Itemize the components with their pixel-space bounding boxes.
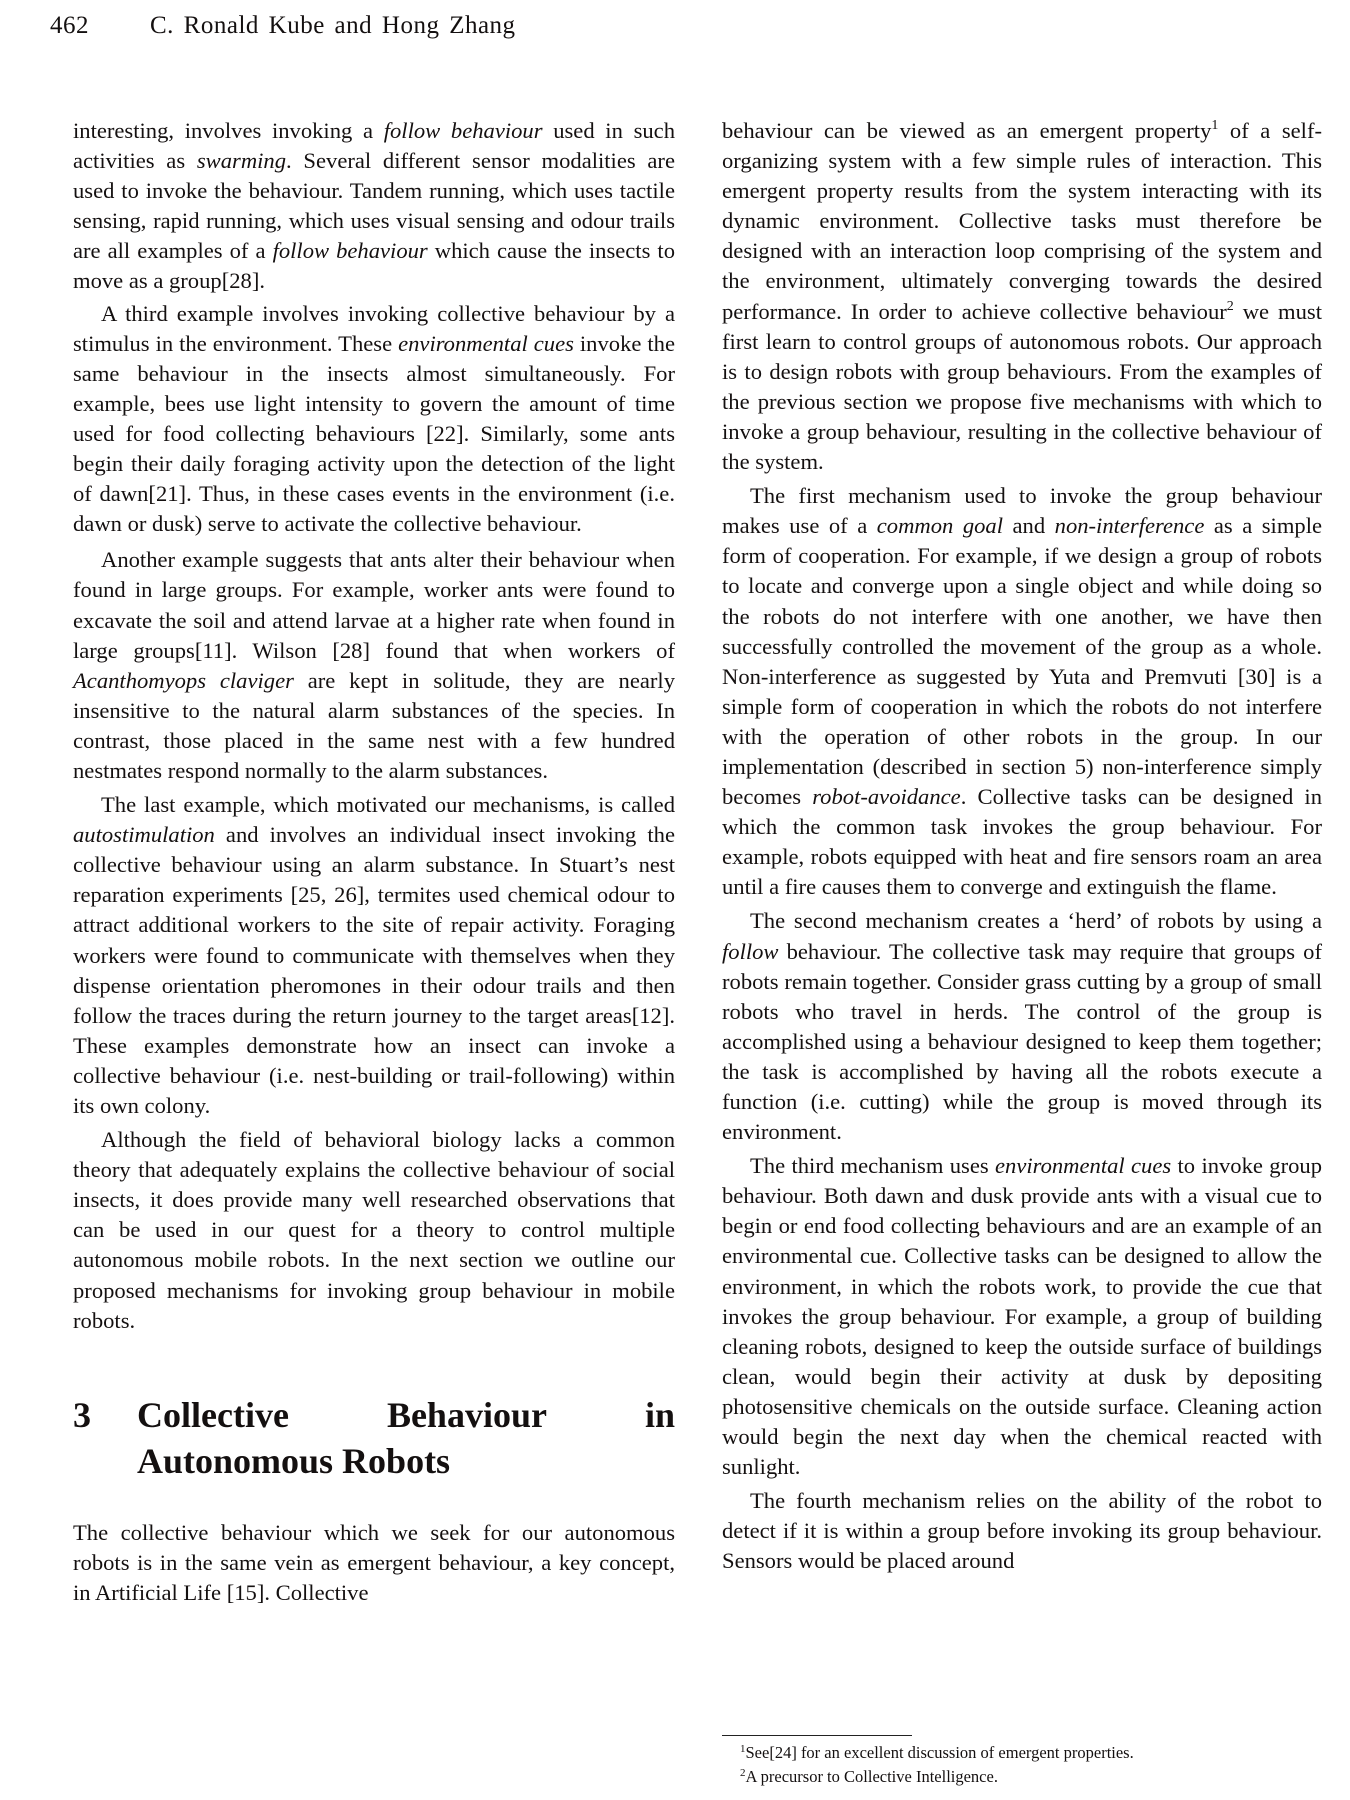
running-head: 462C. Ronald Kube and Hong Zhang xyxy=(50,12,516,40)
section-title-word: Behaviour xyxy=(387,1392,547,1438)
emphasis: follow behaviour xyxy=(384,118,543,143)
emphasis: autostimulation xyxy=(73,822,215,847)
emphasis: non-interference xyxy=(1055,513,1205,538)
paragraph: Although the field of behavioral biology… xyxy=(73,1125,675,1336)
text: The third mechanism uses xyxy=(750,1153,995,1178)
emphasis: follow behaviour xyxy=(273,238,428,263)
footnote: 1See[24] for an excellent discussion of … xyxy=(740,1741,1134,1765)
text: The last example, which motivated our me… xyxy=(101,792,675,817)
paragraph: Another example suggests that ants alter… xyxy=(73,545,675,786)
paragraph: The third mechanism uses environmental c… xyxy=(722,1151,1322,1482)
text: invoke the same behaviour in the insects… xyxy=(73,331,675,537)
text: The collective behaviour which we seek f… xyxy=(73,1520,675,1605)
running-head-authors: C. Ronald Kube and Hong Zhang xyxy=(150,12,516,39)
section-heading: 3 CollectiveBehaviourin Autonomous Robot… xyxy=(73,1392,675,1484)
emphasis: swarming xyxy=(197,148,286,173)
text: The second mechanism creates a ‘herd’ of… xyxy=(750,908,1322,933)
section-title: CollectiveBehaviourin Autonomous Robots xyxy=(137,1392,675,1484)
text: behaviour. The collective task may requi… xyxy=(722,939,1322,1145)
emphasis: environmental cues xyxy=(398,331,574,356)
text: The fourth mechanism relies on the abili… xyxy=(722,1488,1322,1573)
right-column: behaviour can be viewed as an emergent p… xyxy=(722,116,1322,1579)
emphasis: environmental cues xyxy=(995,1153,1171,1178)
paragraph: behaviour can be viewed as an emergent p… xyxy=(722,116,1322,477)
text: behaviour can be viewed as an emergent p… xyxy=(722,118,1211,143)
footnote-text: See[24] for an excellent discussion of e… xyxy=(746,1743,1134,1762)
text: we must first learn to control groups of… xyxy=(722,299,1322,474)
paragraph: The last example, which motivated our me… xyxy=(73,790,675,1121)
footnotes: 1See[24] for an excellent discussion of … xyxy=(740,1741,1134,1789)
footnote-marker[interactable]: 2 xyxy=(1227,299,1234,314)
page-number: 462 xyxy=(50,12,150,40)
emphasis: robot-avoidance xyxy=(812,784,961,809)
left-column: interesting, involves invoking a follow … xyxy=(73,116,675,1610)
text: and xyxy=(1003,513,1055,538)
text: to invoke group behaviour. Both dawn and… xyxy=(722,1153,1322,1479)
section-title-word: in xyxy=(645,1392,675,1438)
footnote-text: A precursor to Collective Intelligence. xyxy=(746,1767,998,1786)
section-number: 3 xyxy=(73,1392,137,1484)
footnote: 2A precursor to Collective Intelligence. xyxy=(740,1765,1134,1789)
paragraph: The second mechanism creates a ‘herd’ of… xyxy=(722,906,1322,1147)
paragraph: The fourth mechanism relies on the abili… xyxy=(722,1486,1322,1576)
text: and involves an individual insect invoki… xyxy=(73,822,675,1118)
section-title-line2: Autonomous Robots xyxy=(137,1438,675,1484)
paragraph: The collective behaviour which we seek f… xyxy=(73,1518,675,1608)
emphasis: common goal xyxy=(877,513,1003,538)
text: Although the field of behavioral biology… xyxy=(73,1127,675,1333)
text: as a simple form of cooperation. For exa… xyxy=(722,513,1322,809)
text: interesting, involves invoking a xyxy=(73,118,384,143)
emphasis: follow xyxy=(722,939,779,964)
paragraph: The first mechanism used to invoke the g… xyxy=(722,481,1322,902)
text: Another example suggests that ants alter… xyxy=(73,547,675,662)
paragraph: interesting, involves invoking a follow … xyxy=(73,116,675,297)
paragraph: A third example involves invoking collec… xyxy=(73,299,675,540)
emphasis: Acanthomyops claviger xyxy=(73,668,294,693)
text: of a self-organizing system with a few s… xyxy=(722,118,1322,324)
footnote-rule xyxy=(722,1735,912,1736)
section-title-word: Collective xyxy=(137,1392,289,1438)
